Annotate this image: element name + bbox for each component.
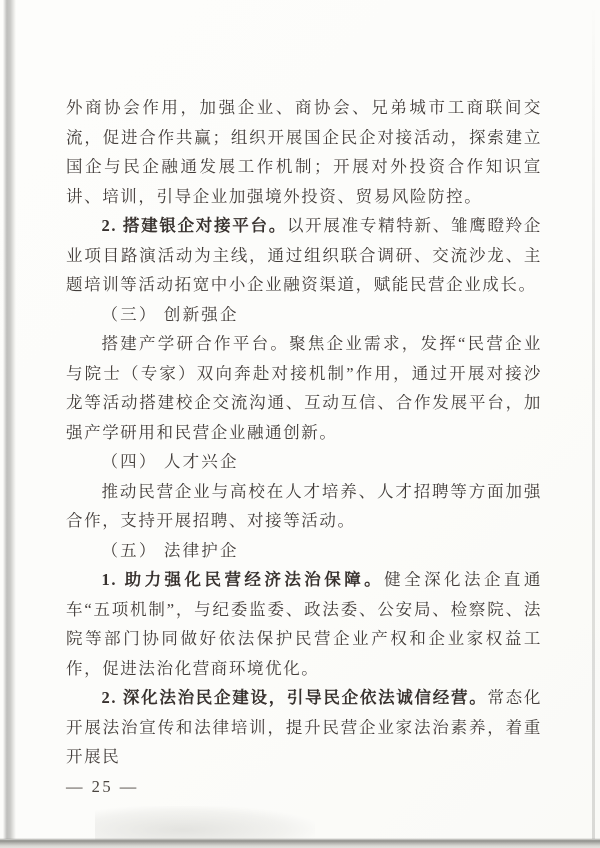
paragraph-text: （三） 创新强企 — [101, 305, 238, 324]
page-number: — 25 — — [66, 772, 542, 802]
scan-bottom-edge — [0, 838, 600, 848]
scan-left-edge-shadow — [3, 0, 16, 839]
paragraph-text: （四） 人才兴企 — [101, 452, 238, 471]
scan-right-edge-shadow — [592, 0, 595, 839]
section-heading: （三） 创新强企 — [66, 300, 542, 330]
scanned-document-page: 外商协会作用，加强企业、商协会、兄弟城市工商联间交流，促进合作共赢；组织开展国企… — [0, 0, 600, 848]
body-paragraph: 1. 助力强化民营经济法治保障。健全深化法企直通车“五项机制”，与纪委监委、政法… — [66, 565, 542, 683]
paragraph-text: 推动民营企业与高校在人才培养、人才招聘等方面加强合作，支持开展招聘、对接等活动。 — [66, 482, 542, 531]
paragraph-text: 外商协会作用，加强企业、商协会、兄弟城市工商联间交流，促进合作共赢；组织开展国企… — [66, 98, 542, 206]
page-curl-shadow — [95, 806, 315, 840]
section-heading: （四） 人才兴企 — [66, 447, 542, 477]
section-heading: （五） 法律护企 — [66, 536, 542, 566]
body-paragraph: 2. 深化法治民企建设，引导民企依法诚信经营。常态化开展法治宣传和法律培训，提升… — [66, 683, 542, 772]
paragraph-list: 外商协会作用，加强企业、商协会、兄弟城市工商联间交流，促进合作共赢；组织开展国企… — [66, 93, 542, 772]
body-paragraph: 2. 搭建银企对接平台。以开展准专精特新、雏鹰瞪羚企业项目路演活动为主线，通过组… — [66, 211, 542, 300]
bold-lead-text: 2. 搭建银企对接平台。 — [101, 216, 286, 235]
paragraph-text: （五） 法律护企 — [101, 541, 238, 560]
body-paragraph: 推动民营企业与高校在人才培养、人才招聘等方面加强合作，支持开展招聘、对接等活动。 — [66, 477, 542, 536]
bold-lead-text: 1. 助力强化民营经济法治保障。 — [101, 570, 384, 589]
body-paragraph: 外商协会作用，加强企业、商协会、兄弟城市工商联间交流，促进合作共赢；组织开展国企… — [66, 93, 542, 211]
bold-lead-text: 2. 深化法治民企建设，引导民企依法诚信经营。 — [101, 688, 487, 707]
body-paragraph: 搭建产学研合作平台。聚焦企业需求，发挥“民营企业与院士（专家）双向奔赴对接机制”… — [66, 329, 542, 447]
document-text-block: 外商协会作用，加强企业、商协会、兄弟城市工商联间交流，促进合作共赢；组织开展国企… — [66, 93, 542, 801]
paragraph-text: 搭建产学研合作平台。聚焦企业需求，发挥“民营企业与院士（专家）双向奔赴对接机制”… — [66, 334, 542, 442]
